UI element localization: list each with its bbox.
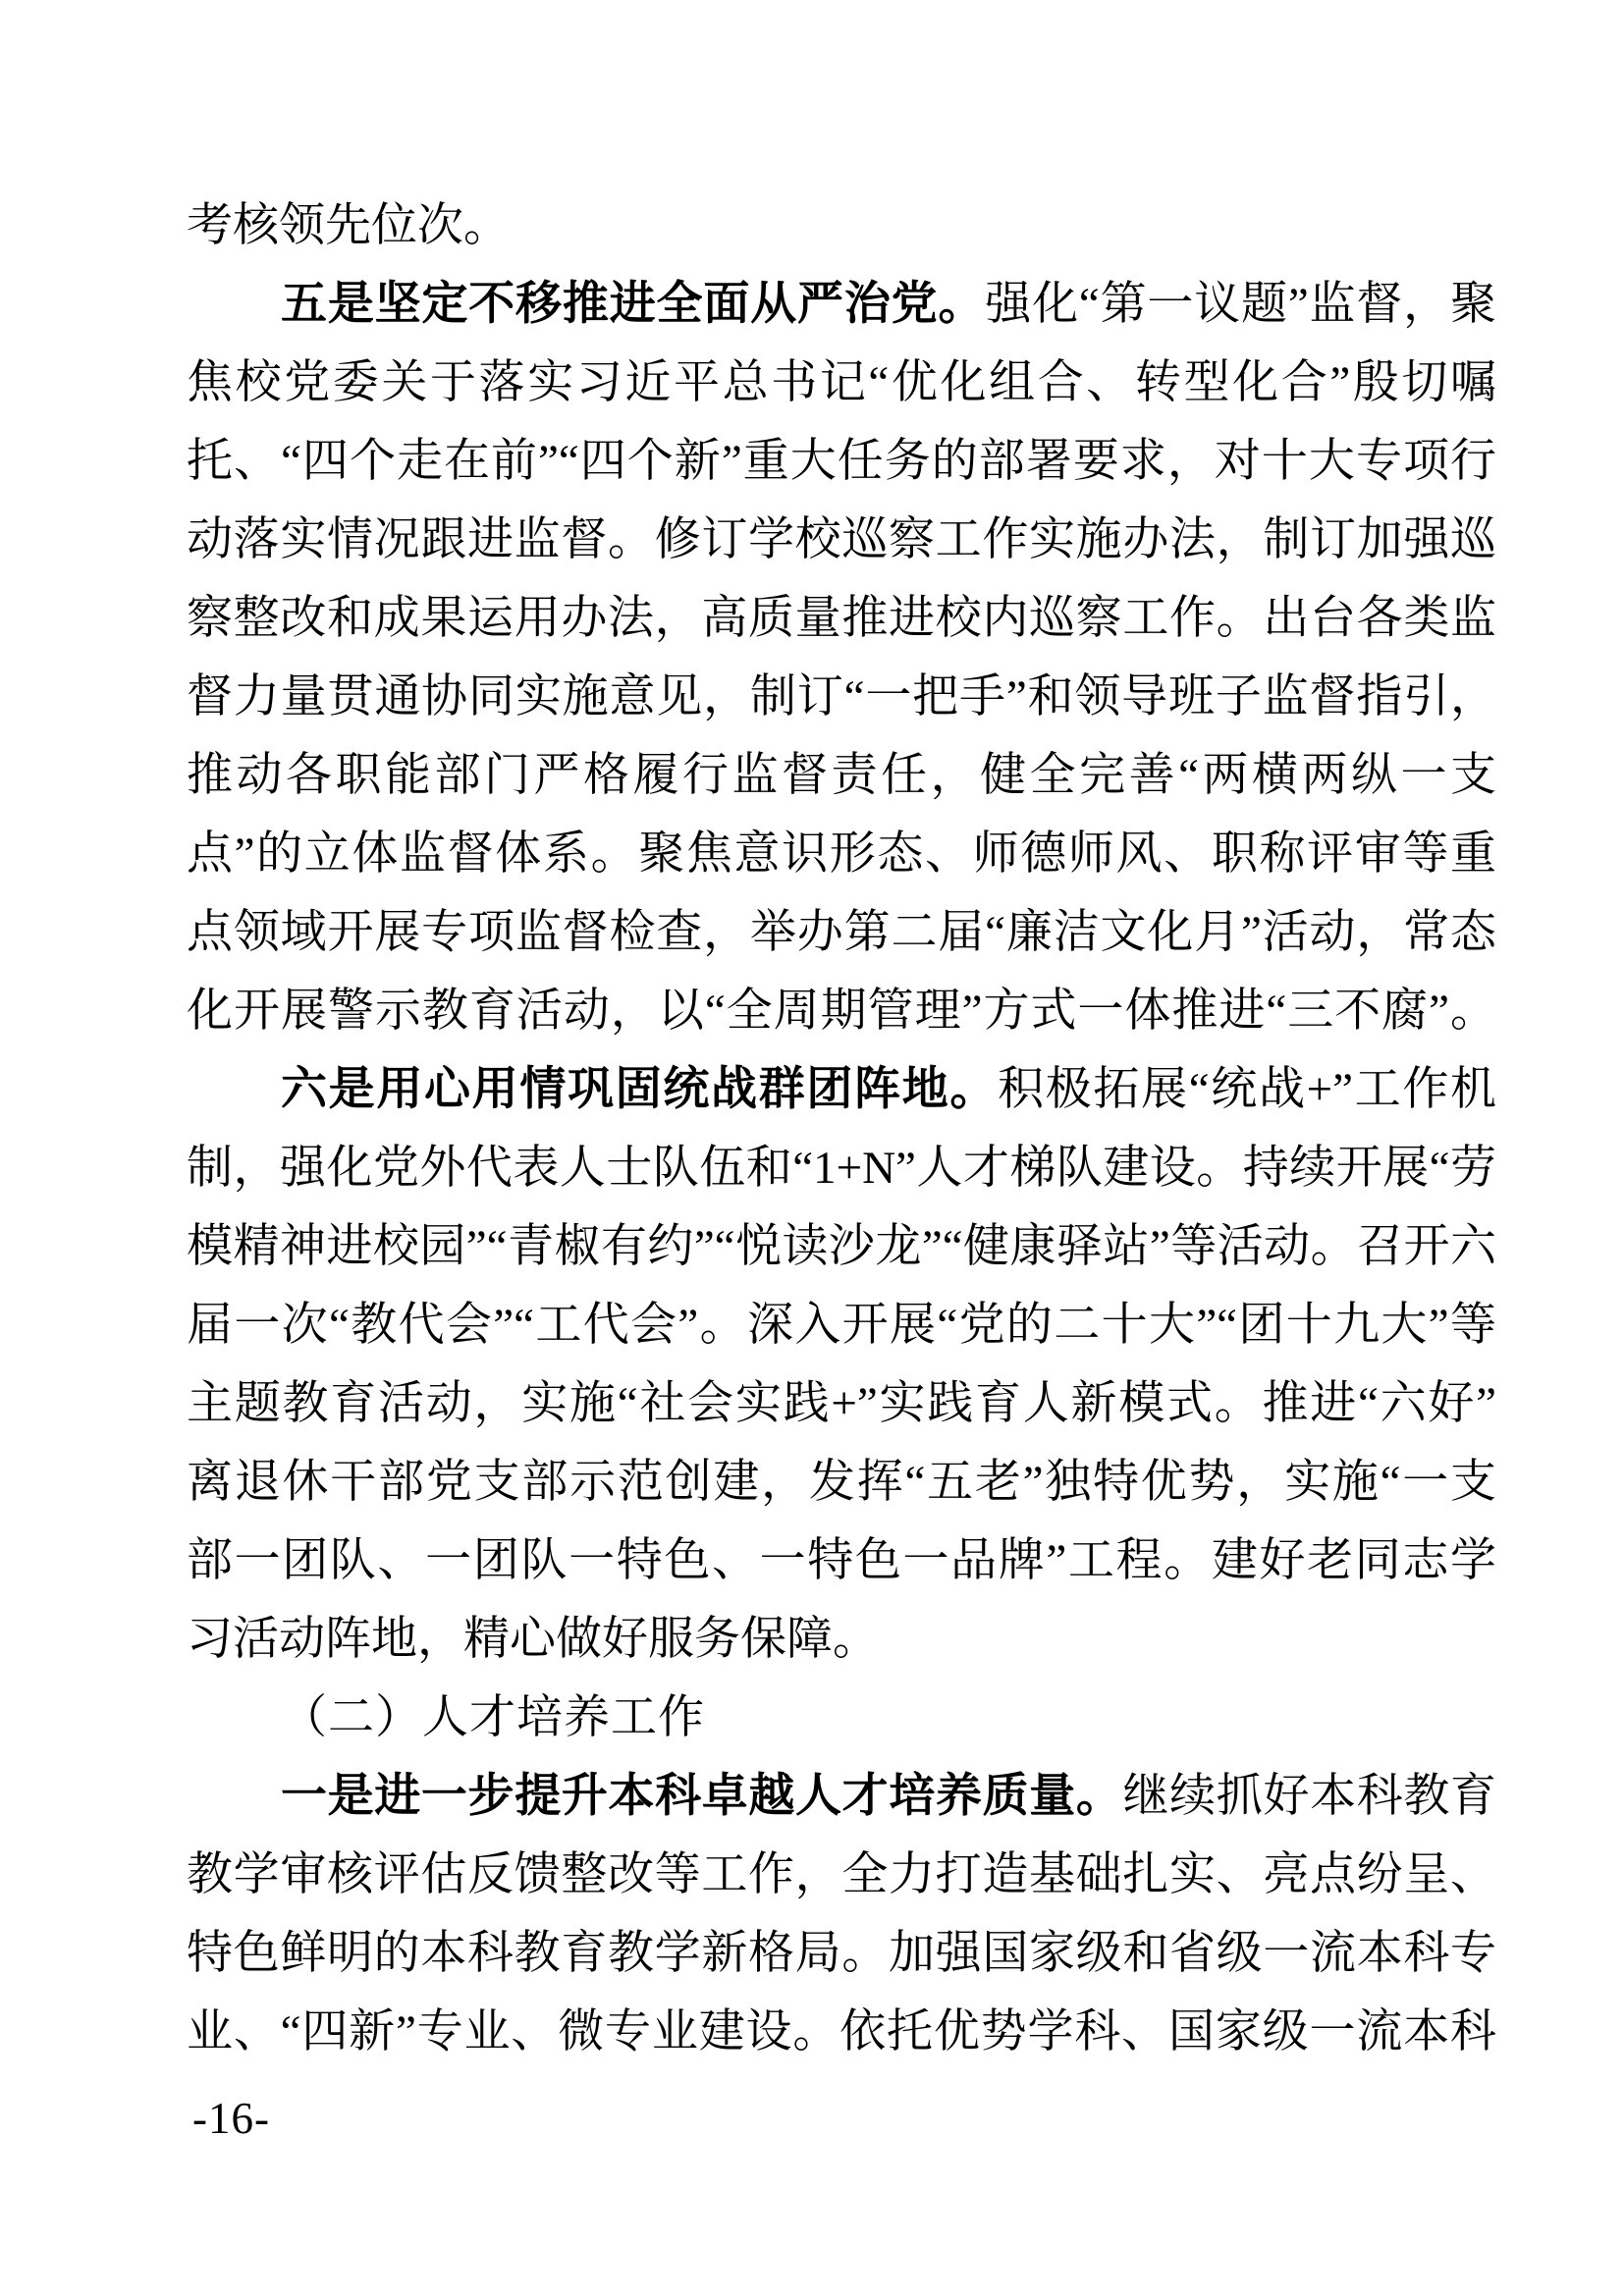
text-segment: 教学审核评估反馈整改等工作，全力打造基础扎实、亮点纷呈、 [187, 1849, 1496, 1900]
text-segment: 强化“第一议题”监督，聚 [985, 279, 1496, 330]
text-line: 教学审核评估反馈整改等工作，全力打造基础扎实、亮点纷呈、 [187, 1836, 1496, 1914]
text-segment: 继续抓好本科教育 [1123, 1771, 1496, 1822]
text-line: 部一团队、一团队一特色、一特色一品牌”工程。建好老同志学 [187, 1522, 1496, 1600]
text-line: 六是用心用情巩固统战群团阵地。积极拓展“统战+”工作机 [187, 1050, 1496, 1129]
text-line: 离退休干部党支部示范创建，发挥“五老”独特优势，实施“一支 [187, 1443, 1496, 1522]
text-segment: 届一次“教代会”“工代会”。深入开展“党的二十大”“团十九大”等 [187, 1300, 1496, 1351]
text-line: 动落实情况跟进监督。修订学校巡察工作实施办法，制订加强巡 [187, 501, 1496, 579]
document-body: 考核领先位次。五是坚定不移推进全面从严治党。强化“第一议题”监督，聚焦校党委关于… [187, 187, 1496, 2071]
text-segment: 考核领先位次。 [187, 200, 510, 251]
text-line: 考核领先位次。 [187, 187, 1496, 265]
text-segment: 动落实情况跟进监督。修订学校巡察工作实施办法，制订加强巡 [187, 514, 1496, 565]
text-segment: 推动各职能部门严格履行监督责任，健全完善“两横两纵一支 [187, 750, 1496, 801]
text-line: 制，强化党外代表人士队伍和“1+N”人才梯队建设。持续开展“劳 [187, 1129, 1496, 1207]
text-segment: （二）人才培养工作 [281, 1692, 705, 1743]
text-segment: 制，强化党外代表人士队伍和“1+N”人才梯队建设。持续开展“劳 [187, 1143, 1496, 1194]
text-line: 主题教育活动，实施“社会实践+”实践育人新模式。推进“六好” [187, 1364, 1496, 1443]
text-segment: 模精神进校园”“青椒有约”“悦读沙龙”“健康驿站”等活动。召开六 [187, 1221, 1496, 1272]
text-segment: 积极拓展“统战+”工作机 [998, 1064, 1496, 1115]
text-segment: 习活动阵地，精心做好服务保障。 [187, 1614, 879, 1665]
text-line: 一是进一步提升本科卓越人才培养质量。继续抓好本科教育 [187, 1757, 1496, 1836]
text-line: 五是坚定不移推进全面从严治党。强化“第一议题”监督，聚 [187, 265, 1496, 344]
text-line: 届一次“教代会”“工代会”。深入开展“党的二十大”“团十九大”等 [187, 1286, 1496, 1364]
text-segment: 点”的立体监督体系。聚焦意识形态、师德师风、职称评审等重 [187, 828, 1496, 880]
text-segment: 离退休干部党支部示范创建，发挥“五老”独特优势，实施“一支 [187, 1457, 1496, 1508]
text-line: 察整改和成果运用办法，高质量推进校内巡察工作。出台各类监 [187, 579, 1496, 658]
text-segment: 托、“四个走在前”“四个新”重大任务的部署要求，对十大专项行 [187, 436, 1496, 487]
text-segment: 点领域开展专项监督检查，举办第二届“廉洁文化月”活动，常态 [187, 907, 1496, 958]
text-line: 点领域开展专项监督检查，举办第二届“廉洁文化月”活动，常态 [187, 893, 1496, 972]
text-segment: 焦校党委关于落实习近平总书记“优化组合、转型化合”殷切嘱 [187, 357, 1496, 408]
page-number: -16- [192, 2079, 270, 2158]
text-line: 习活动阵地，精心做好服务保障。 [187, 1600, 1496, 1679]
paragraph-lead: 六是用心用情巩固统战群团阵地。 [281, 1064, 998, 1115]
text-line: 推动各职能部门严格履行监督责任，健全完善“两横两纵一支 [187, 736, 1496, 815]
text-segment: 特色鲜明的本科教育教学新格局。加强国家级和省级一流本科专 [187, 1928, 1496, 1979]
text-line: 特色鲜明的本科教育教学新格局。加强国家级和省级一流本科专 [187, 1914, 1496, 1993]
text-segment: 主题教育活动，实施“社会实践+”实践育人新模式。推进“六好” [187, 1378, 1496, 1429]
paragraph-lead: 五是坚定不移推进全面从严治党。 [281, 279, 985, 330]
text-segment: 业、“四新”专业、微专业建设。依托优势学科、国家级一流本科 [187, 2006, 1496, 2057]
text-line: 化开展警示教育活动，以“全周期管理”方式一体推进“三不腐”。 [187, 972, 1496, 1050]
text-line: 督力量贯通协同实施意见，制订“一把手”和领导班子监督指引， [187, 658, 1496, 736]
text-segment: 化开展警示教育活动，以“全周期管理”方式一体推进“三不腐”。 [187, 986, 1496, 1037]
document-page: 考核领先位次。五是坚定不移推进全面从严治党。强化“第一议题”监督，聚焦校党委关于… [0, 0, 1624, 2296]
text-line: 业、“四新”专业、微专业建设。依托优势学科、国家级一流本科 [187, 1993, 1496, 2071]
paragraph-lead: 一是进一步提升本科卓越人才培养质量。 [281, 1771, 1123, 1822]
text-line: 点”的立体监督体系。聚焦意识形态、师德师风、职称评审等重 [187, 815, 1496, 893]
text-segment: 部一团队、一团队一特色、一特色一品牌”工程。建好老同志学 [187, 1535, 1496, 1586]
text-line: 托、“四个走在前”“四个新”重大任务的部署要求，对十大专项行 [187, 422, 1496, 501]
text-segment: 察整改和成果运用办法，高质量推进校内巡察工作。出台各类监 [187, 593, 1496, 644]
text-line: 模精神进校园”“青椒有约”“悦读沙龙”“健康驿站”等活动。召开六 [187, 1207, 1496, 1286]
text-segment: 督力量贯通协同实施意见，制订“一把手”和领导班子监督指引， [187, 671, 1496, 722]
section-heading: （二）人才培养工作 [187, 1679, 1496, 1757]
text-line: 焦校党委关于落实习近平总书记“优化组合、转型化合”殷切嘱 [187, 344, 1496, 422]
